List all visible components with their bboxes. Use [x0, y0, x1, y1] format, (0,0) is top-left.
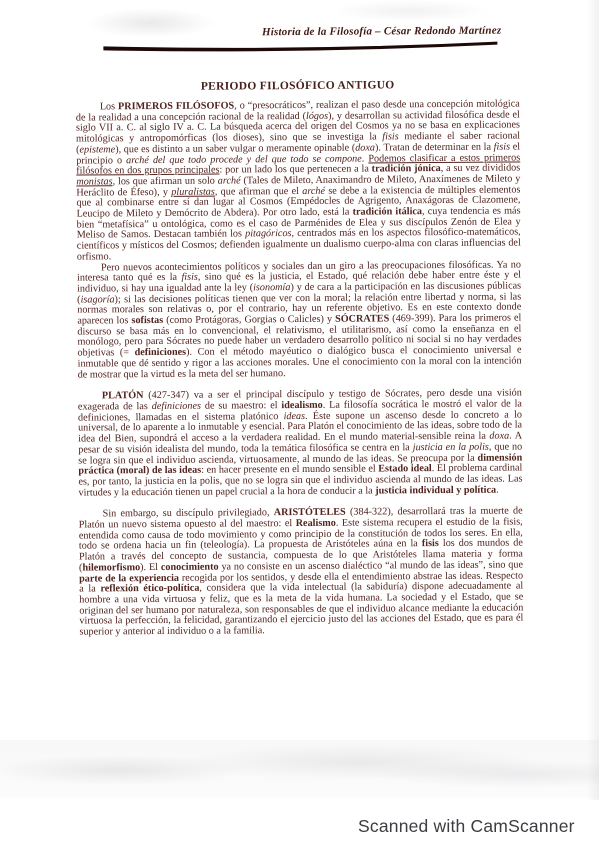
header-citation: Historia de la Filosofía – César Redondo… — [262, 25, 501, 39]
page-title: PERIODO FILOSÓFICO ANTIGUO — [76, 78, 520, 93]
header-rule — [100, 39, 500, 54]
paragraph-presocraticos: Los PRIMEROS FILÓSOFOS, o “presocráticos… — [76, 99, 521, 263]
camscanner-watermark: Scanned with CamScanner — [358, 816, 575, 837]
paragraph-aristoteles: Sin embargo, su discípulo privilegiado, … — [79, 507, 524, 639]
scanned-document-page: Historia de la Filosofía – César Redondo… — [0, 0, 599, 848]
paragraph-platon: PLATÓN (427-347) va a ser el principal d… — [78, 389, 523, 499]
page-content: Historia de la Filosofía – César Redondo… — [0, 0, 599, 848]
body-text: Los PRIMEROS FILÓSOFOS, o “presocráticos… — [76, 99, 524, 638]
paragraph-sofistas-socrates: Pero nuevos acontecimientos políticos y … — [77, 260, 522, 381]
